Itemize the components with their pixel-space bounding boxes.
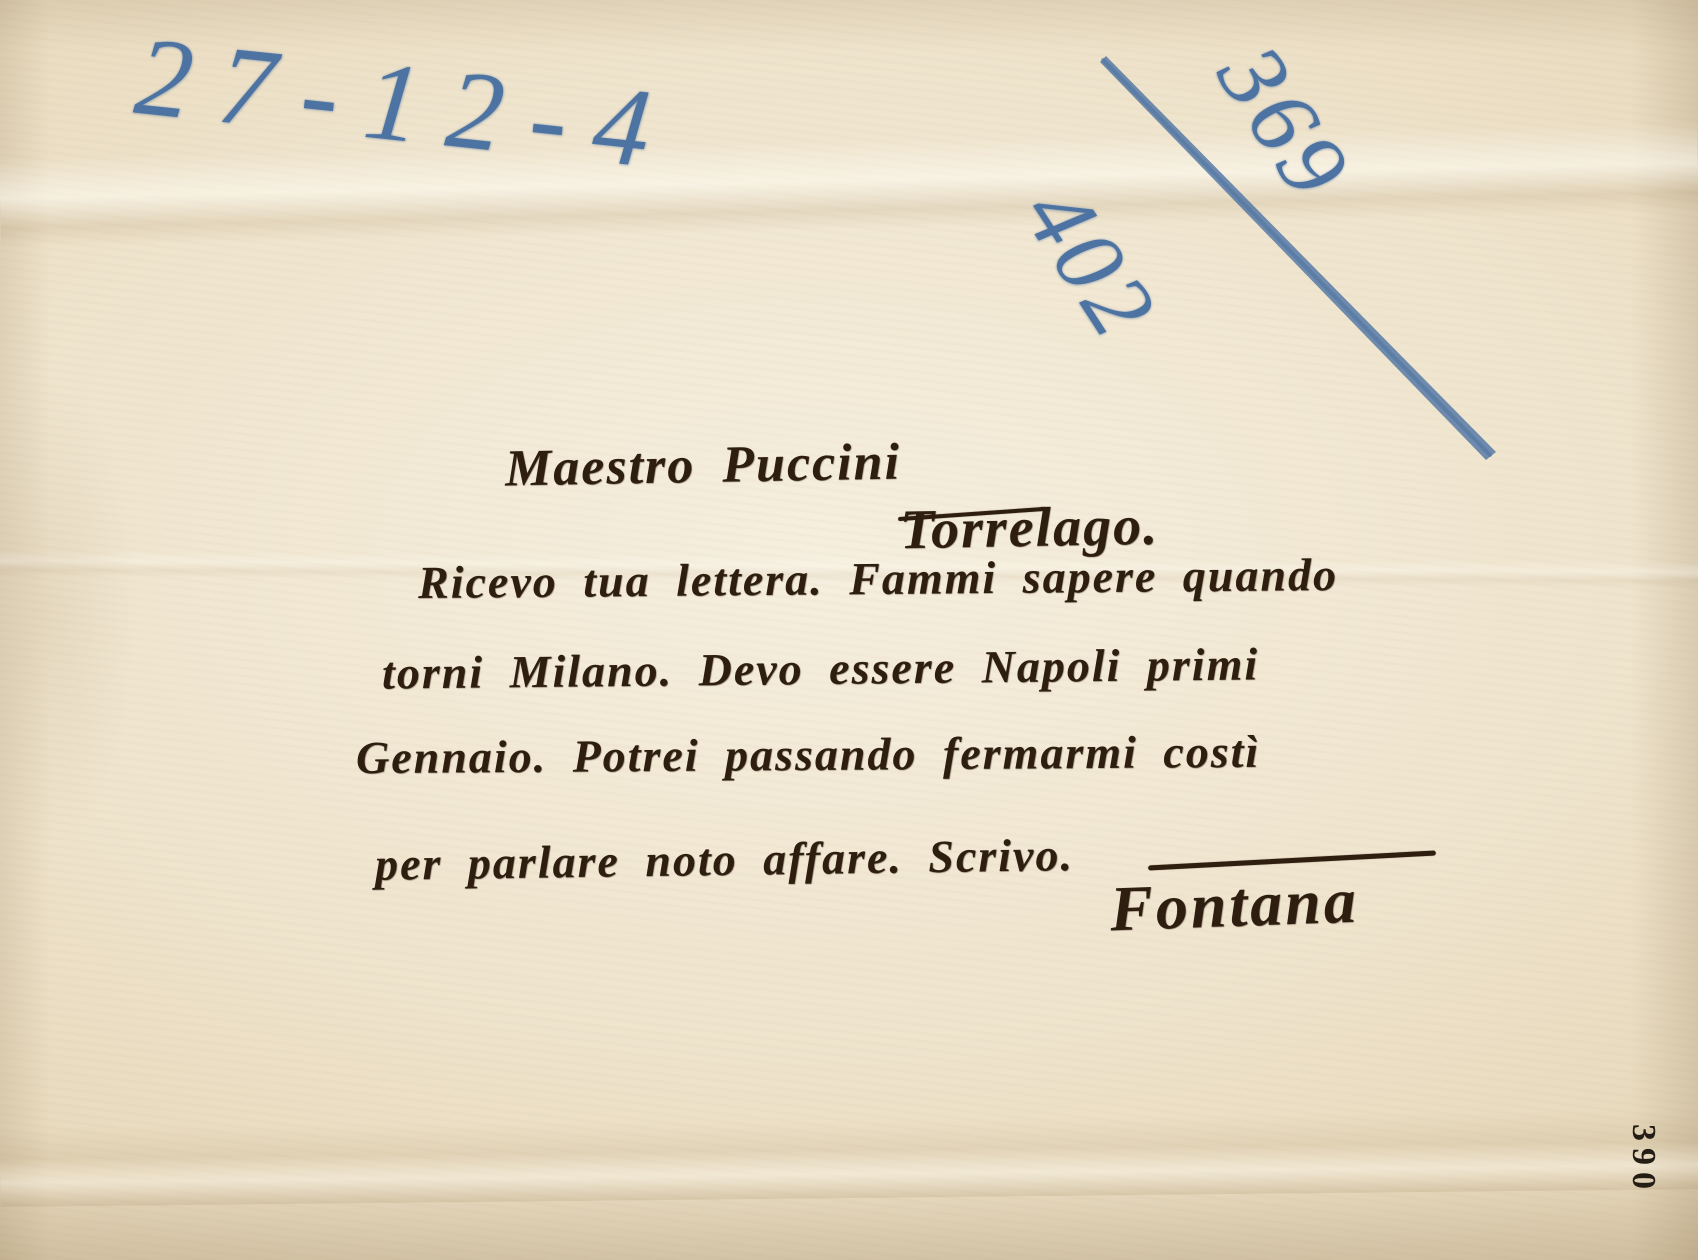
page-number-stamp: 390 bbox=[1624, 1124, 1662, 1196]
paper-crease-left bbox=[0, 260, 230, 960]
strike-line bbox=[0, 0, 1698, 1260]
catalog-number-crossed: 369 bbox=[1196, 26, 1375, 220]
signature: Fontana bbox=[1109, 864, 1360, 947]
letter-line: Gennaio. Potrei passando fermarmi costì bbox=[356, 725, 1261, 784]
letter-line: torni Milano. Devo essere Napoli primi bbox=[382, 637, 1260, 699]
letter-line: per parlare noto affare. Scrivo. bbox=[375, 828, 1075, 891]
date-annotation: 27-12-4 bbox=[130, 12, 683, 197]
paper-crease-bottom bbox=[0, 1109, 1698, 1207]
letter-line: Ricevo tua lettera. Fammi sapere quando bbox=[418, 548, 1338, 609]
scanned-letter-page: 27-12-4 369 402 Maestro Puccini Torrelag… bbox=[0, 0, 1698, 1260]
recipient-line: Maestro Puccini bbox=[505, 433, 902, 499]
catalog-number-current: 402 bbox=[1002, 166, 1181, 360]
